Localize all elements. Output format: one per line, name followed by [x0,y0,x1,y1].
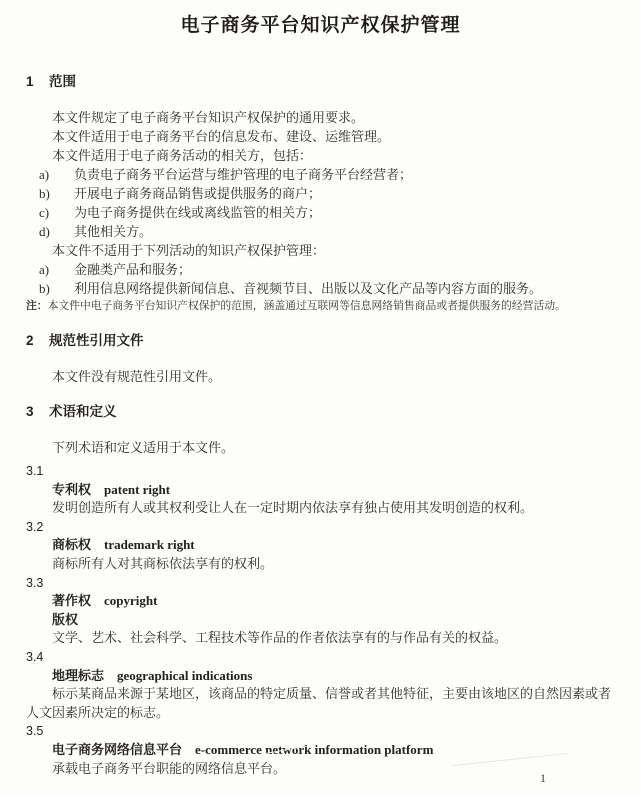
terms-section: 3.1 专利权patent right 发明创造所有人或其权利受让人在一定时期内… [26,462,615,778]
paragraph-terms-intro: 下列术语和定义适用于本文件。 [26,438,615,457]
list-text: 为电子商务提供在线或离线监管的相关方； [74,203,615,222]
section-3-number: 3 [26,402,35,421]
term-definition: 承载电子商务平台职能的网络信息平台。 [26,760,615,779]
term-heading: 著作权copyright [52,592,615,611]
term-name-en: copyright [104,593,157,608]
term-heading: 地理标志geographical indications [52,667,615,686]
term-entry-3-1: 3.1 专利权patent right 发明创造所有人或其权利受让人在一定时期内… [26,462,615,518]
term-entry-3-3: 3.3 著作权copyright 版权 文学、艺术、社会科学、工程技术等作品的作… [26,574,615,648]
term-heading: 商标权trademark right [52,536,615,555]
term-entry-3-2: 3.2 商标权trademark right 商标所有人对其商标依法享有的权利。 [26,518,615,574]
page-number: 1 [540,771,546,786]
term-definition: 发明创造所有人或其权利受让人在一定时期内依法享有独占使用其发明创造的权利。 [26,499,615,518]
term-name-en: trademark right [104,537,195,552]
clause-number: 3.2 [26,518,615,537]
clause-number: 3.5 [26,722,615,741]
paragraph-normative-refs: 本文件没有规范性引用文件。 [26,367,615,386]
list-item-b: b)开展电子商务商品销售或提供服务的商户； [26,184,615,203]
list-marker: c) [39,203,74,222]
term-entry-3-5: 3.5 电子商务网络信息平台e-commerce network informa… [26,722,615,778]
term-definition: 文学、艺术、社会科学、工程技术等作品的作者依法享有的与作品有关的权益。 [26,629,615,648]
paragraph-scope-3: 本文件适用于电子商务活动的相关方，包括： [26,146,615,165]
clause-number: 3.3 [26,574,615,593]
note: 注：本文件中电子商务平台知识产权保护的范围，涵盖通过互联网等信息网络销售商品或者… [26,298,615,315]
section-2-title: 规范性引用文件 [49,333,144,348]
section-1-heading: 1范围 [26,72,615,91]
paragraph-scope-4: 本文件不适用于下列活动的知识产权保护管理： [26,241,615,260]
section-3-title: 术语和定义 [49,404,117,419]
list-marker: d) [39,222,74,241]
term-name-zh: 电子商务网络信息平台 [52,742,182,757]
section-3-heading: 3术语和定义 [26,402,615,421]
document-title: 电子商务平台知识产权保护管理 [26,13,615,39]
clause-number: 3.1 [26,462,615,481]
term-definition: 商标所有人对其商标依法享有的权利。 [26,555,615,574]
term-name-zh: 地理标志 [52,668,104,683]
term-name-zh: 专利权 [52,482,91,497]
paragraph-scope-1: 本文件规定了电子商务平台知识产权保护的通用要求。 [26,108,615,127]
section-2-heading: 2规范性引用文件 [26,331,615,350]
list-item-d: d)其他相关方。 [26,222,615,241]
list-marker: b) [39,184,74,203]
term-entry-3-4: 3.4 地理标志geographical indications 标示某商品来源… [26,648,615,722]
section-1-number: 1 [26,72,35,91]
note-text: 本文件中电子商务平台知识产权保护的范围，涵盖通过互联网等信息网络销售商品或者提供… [48,300,566,312]
list-item-excl-a: a)金融类产品和服务； [26,260,615,279]
paragraph-scope-2: 本文件适用于电子商务平台的信息发布、建设、运维管理。 [26,127,615,146]
list-item-a: a)负责电子商务平台运营与维护管理的电子商务平台经营者； [26,165,615,184]
note-label: 注： [26,300,48,312]
list-text: 其他相关方。 [74,222,615,241]
term-name-zh: 著作权 [52,593,91,608]
section-1-title: 范围 [49,74,76,89]
document-page: 电子商务平台知识产权保护管理 1范围 本文件规定了电子商务平台知识产权保护的通用… [0,0,641,796]
term-name-en: geographical indications [117,668,252,683]
clause-number: 3.4 [26,648,615,667]
list-marker: a) [39,260,74,279]
list-marker: a) [39,165,74,184]
term-alias: 版权 [52,612,78,627]
list-marker: b) [39,279,74,298]
term-alias-line: 版权 [52,611,615,630]
term-name-en: patent right [104,482,170,497]
list-text: 开展电子商务商品销售或提供服务的商户； [74,184,615,203]
term-definition: 标示某商品来源于某地区，该商品的特定质量、信誉或者其他特征，主要由该地区的自然因… [26,685,615,722]
term-name-zh: 商标权 [52,537,91,552]
list-text: 金融类产品和服务； [74,260,615,279]
list-item-c: c)为电子商务提供在线或离线监管的相关方； [26,203,615,222]
list-text: 利用信息网络提供新闻信息、音视频节目、出版以及文化产品等内容方面的服务。 [74,279,615,298]
term-heading: 专利权patent right [52,481,615,500]
section-2-number: 2 [26,331,35,350]
list-text: 负责电子商务平台运营与维护管理的电子商务平台经营者； [74,165,615,184]
list-item-excl-b: b)利用信息网络提供新闻信息、音视频节目、出版以及文化产品等内容方面的服务。 [26,279,615,298]
